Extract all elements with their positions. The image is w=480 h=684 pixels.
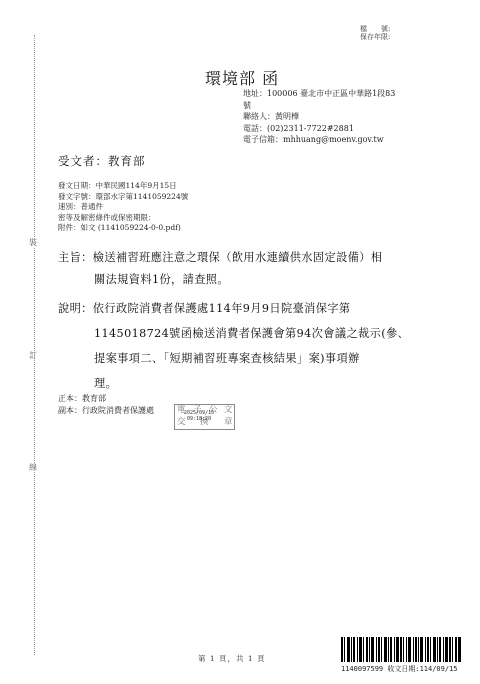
delivery-speed: 速別：普通件 (58, 202, 188, 213)
description-section: 說明：依行政院消費者保護處114年9月9日院臺消保字第 1145018724號函… (58, 296, 409, 396)
archive-info: 檔 號: 保存年限: (360, 25, 390, 41)
classification: 密等及解密條件或保密期限： (58, 213, 188, 224)
sender-phone: 電話：(02)2311-7722#2881 (243, 123, 395, 135)
cc-recipient: 副本：行政院消費者保護處 (58, 405, 154, 417)
binding-char-xian: 線 (29, 463, 37, 472)
description-line-1: 依行政院消費者保護處114年9月9日院臺消保字第 (93, 302, 351, 315)
barcode (341, 637, 479, 662)
stamp-char: 文 (224, 406, 233, 415)
page-indicator: 第 1 頁，共 1 頁 (198, 653, 266, 664)
sender-contact: 聯絡人：黃明樺 (243, 111, 395, 123)
description-label: 說明： (58, 302, 93, 315)
binding-char-ding: 訂 (29, 351, 37, 360)
barcode-text: 1140097599 收文日期:114/09/15 (341, 664, 458, 674)
description-line-2: 1145018724號函檢送消費者保護會第94次會議之裁示(參、 (58, 321, 409, 346)
original-recipient: 正本：教育部 (58, 393, 154, 405)
file-number-label: 檔 號: (360, 25, 390, 33)
subject-section: 主旨：檢送補習班應注意之環保（飲用水連續供水固定設備）相 關法規資料1份，請查照… (58, 247, 382, 291)
binding-char-zhuang: 裝 (29, 238, 37, 247)
sender-email: 電子信箱：mhhuang@moenv.gov.tw (243, 134, 395, 146)
document-title: 環境部 函 (205, 66, 279, 89)
subject-line-1: 檢送補習班應注意之環保（飲用水連續供水固定設備）相 (93, 251, 383, 264)
binding-line (34, 35, 35, 655)
issue-date: 發文日期：中華民國114年9月15日 (58, 181, 188, 192)
document-meta: 發文日期：中華民國114年9月15日 發文字號：環部水字第1141059224號… (58, 181, 188, 234)
subject-label: 主旨： (58, 251, 93, 264)
copies-section: 正本：教育部 副本：行政院消費者保護處 (58, 393, 154, 417)
sender-address-line2: 號 (243, 100, 395, 112)
electronic-exchange-stamp: 電 子 公 文 交 換 章 2025/09/15 09:18:20 (174, 404, 235, 430)
document-number: 發文字號：環部水字第1141059224號 (58, 192, 188, 203)
stamp-date-line2: 09:18:20 (184, 416, 214, 422)
retention-period-label: 保存年限: (360, 33, 390, 41)
sender-address-line1: 地址：100006 臺北市中正區中華路1段83 (243, 88, 395, 100)
recipient: 受文者：教育部 (58, 153, 146, 169)
stamp-date: 2025/09/15 09:18:20 (184, 410, 214, 422)
description-line-3: 提案事項二、「短期補習班專案查核結果」案)事項辦 (58, 346, 409, 371)
subject-line-2: 關法規資料1份，請查照。 (58, 269, 382, 291)
attachment-link[interactable]: 附件：如文 (1141059224-0-0.pdf) (58, 223, 188, 234)
stamp-char: 章 (224, 418, 233, 427)
sender-info: 地址：100006 臺北市中正區中華路1段83 號 聯絡人：黃明樺 電話：(02… (243, 88, 395, 146)
